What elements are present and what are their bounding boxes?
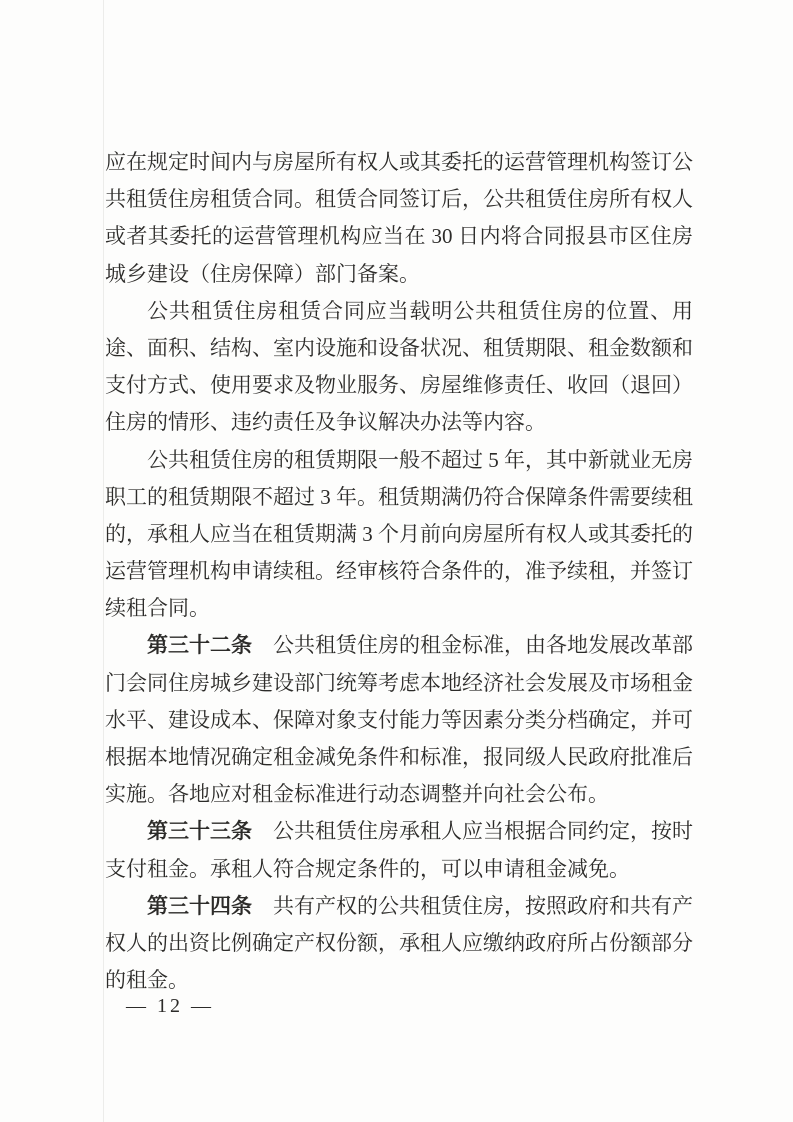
text-line: 续租合同。 — [105, 590, 693, 627]
article-number: 第三十三条 — [147, 819, 252, 843]
text-line: 支付租金。承租人符合规定条件的，可以申请租金减免。 — [105, 851, 693, 888]
text-line: 水平、建设成本、保障对象支付能力等因素分类分档确定，并可 — [105, 702, 693, 739]
text-line: 公共租赁住房租赁合同应当载明公共租赁住房的位置、用 — [105, 293, 693, 330]
article-number: 第三十二条 — [147, 633, 252, 657]
article-number: 第三十四条 — [147, 894, 252, 918]
text-line: 第三十三条 公共租赁住房承租人应当根据合同约定，按时 — [105, 813, 693, 850]
page-number: — 12 — — [126, 992, 214, 1020]
text-line: 公共租赁住房的租赁期限一般不超过 5 年，其中新就业无房 — [105, 442, 693, 479]
text-line: 权人的出资比例确定产权份额，承租人应缴纳政府所占份额部分 — [105, 925, 693, 962]
text-line: 根据本地情况确定租金减免条件和标准，报同级人民政府批准后 — [105, 739, 693, 776]
text-line: 支付方式、使用要求及物业服务、房屋维修责任、收回（退回） — [105, 367, 693, 404]
text-line: 运营管理机构申请续租。经审核符合条件的，准予续租，并签订 — [105, 553, 693, 590]
scan-edge-line — [103, 0, 104, 1122]
text-line: 应在规定时间内与房屋所有权人或其委托的运营管理机构签订公 — [105, 144, 693, 181]
text-line: 途、面积、结构、室内设施和设备状况、租赁期限、租金数额和 — [105, 330, 693, 367]
text-line: 职工的租赁期限不超过 3 年。租赁期满仍符合保障条件需要续租 — [105, 479, 693, 516]
text-line: 第三十四条 共有产权的公共租赁住房，按照政府和共有产 — [105, 888, 693, 925]
text-line: 第三十二条 公共租赁住房的租金标准，由各地发展改革部 — [105, 627, 693, 664]
text-line: 或者其委托的运营管理机构应当在 30 日内将合同报县市区住房 — [105, 218, 693, 255]
text-line: 共租赁住房租赁合同。租赁合同签订后，公共租赁住房所有权人 — [105, 181, 693, 218]
text-line: 住房的情形、违约责任及争议解决办法等内容。 — [105, 404, 693, 441]
text-line: 的，承租人应当在租赁期满 3 个月前向房屋所有权人或其委托的 — [105, 516, 693, 553]
document-body: 应在规定时间内与房屋所有权人或其委托的运营管理机构签订公共租赁住房租赁合同。租赁… — [105, 144, 693, 999]
text-line: 实施。各地应对租金标准进行动态调整并向社会公布。 — [105, 776, 693, 813]
text-line: 城乡建设（住房保障）部门备案。 — [105, 256, 693, 293]
text-line: 门会同住房城乡建设部门统筹考虑本地经济社会发展及市场租金 — [105, 665, 693, 702]
